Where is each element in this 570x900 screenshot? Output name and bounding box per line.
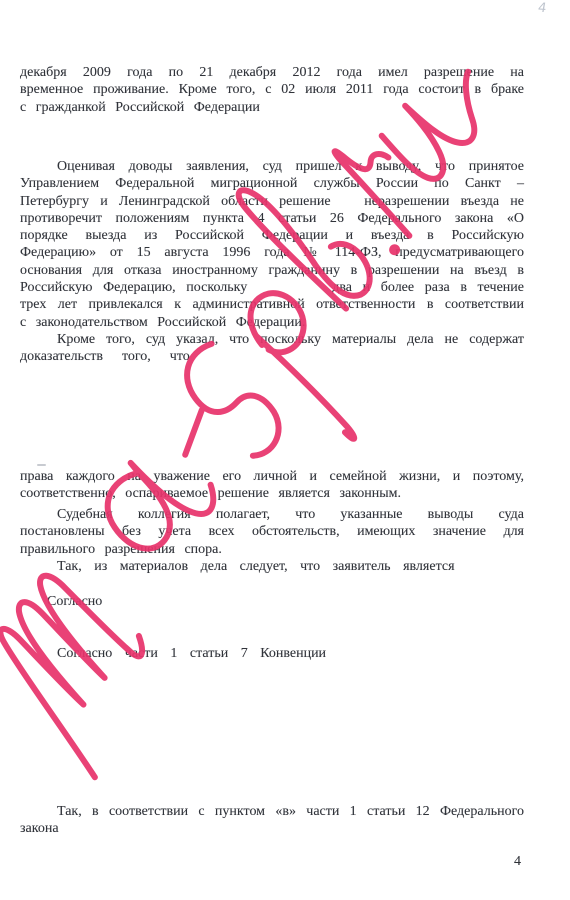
document-page: 4 декабря 2009 года по 21 декабря 2012 г… bbox=[0, 0, 570, 900]
pencil-mark: 4 bbox=[537, 1, 548, 16]
scan-artifact-dash bbox=[37, 464, 46, 466]
watermark bbox=[0, 0, 570, 900]
paragraph: Кроме того, суд указал, что поскольку ма… bbox=[20, 331, 524, 366]
paragraph: Согласно bbox=[20, 593, 524, 610]
paragraph: декабря 2009 года по 21 декабря 2012 год… bbox=[20, 64, 524, 116]
paragraph: права каждого на уважение его личной и с… bbox=[20, 468, 524, 503]
paragraph: Согласно части 1 статьи 7 Конвенции bbox=[20, 645, 524, 662]
page-number: 4 bbox=[514, 854, 521, 870]
paragraph: Так, в соответствии с пунктом «в» части … bbox=[20, 803, 524, 838]
paragraph: Судебная коллегия полагает, что указанны… bbox=[20, 506, 524, 558]
paragraph: Оценивая доводы заявления, суд пришел к … bbox=[20, 158, 524, 331]
paragraph: Так, из материалов дела следует, что зая… bbox=[20, 558, 524, 575]
watermark-hyphen bbox=[175, 410, 211, 455]
watermark-strokes bbox=[0, 4, 564, 788]
